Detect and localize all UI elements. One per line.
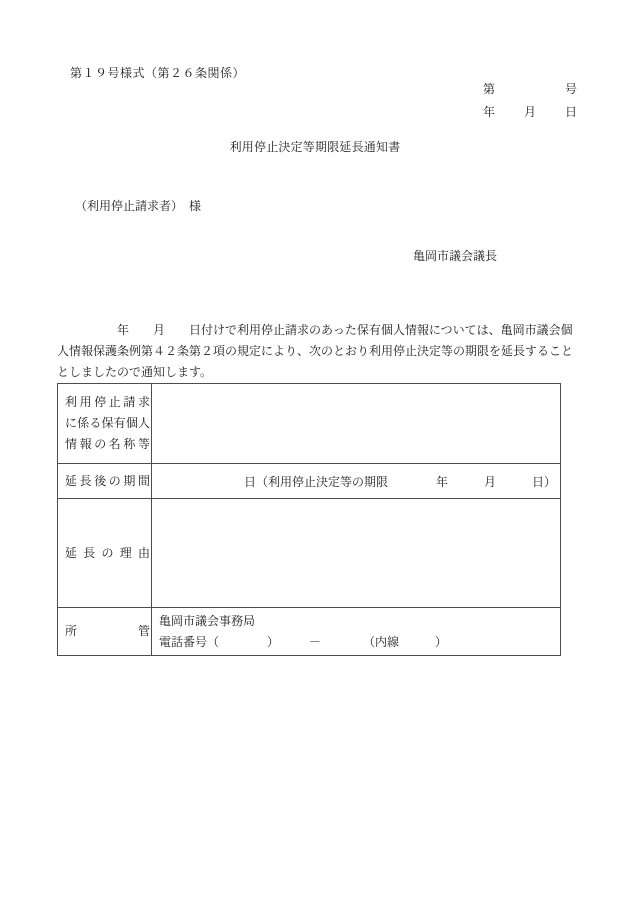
jurisdiction-office-line: 亀岡市議会事務局	[159, 611, 560, 632]
number-suffix: 号	[565, 78, 577, 101]
document-title: 利用停止決定等期限延長通知書	[0, 138, 630, 155]
header-jurisdiction: 所 管	[58, 608, 152, 656]
addressee-line: （利用停止請求者） 様	[75, 197, 201, 214]
cell-requested-info-name	[152, 384, 561, 464]
header-line: 所 管	[65, 621, 150, 642]
jurisdiction-phone-line: 電話番号（ ） － （内線 ）	[159, 632, 560, 653]
body-line-2: 人情報保護条例第４２条第２項の規定により、次のとおり利用停止決定等の期限を延長す…	[57, 341, 587, 362]
document-number-line: 第 号	[483, 78, 577, 101]
number-prefix: 第	[483, 78, 495, 101]
document-date-line: 年 月 日	[483, 101, 577, 124]
date-month-label: 月	[524, 101, 536, 124]
header-line: 延長の理由	[65, 543, 150, 564]
table-row-extended-period: 延長後の期間 日（利用停止決定等の期限 年 月 日）	[58, 464, 561, 499]
header-line: に係る保有個人	[65, 413, 150, 434]
header-requested-info-name: 利用停止請求 に係る保有個人 情報の名称等	[58, 384, 152, 464]
notification-document-page: 第１９号様式（第２６条関係） 第 号 年 月 日 利用停止決定等期限延長通知書 …	[0, 0, 630, 903]
form-number: 第１９号様式（第２６条関係）	[70, 64, 245, 81]
body-paragraph: 年 月 日付けで利用停止請求のあった保有個人情報については、亀岡市議会個 人情報…	[57, 320, 587, 383]
sender-name: 亀岡市議会議長	[413, 247, 497, 264]
body-line-3: としましたので通知します。	[57, 362, 587, 383]
header-line: 情報の名称等	[65, 434, 150, 455]
table-row-jurisdiction: 所 管 亀岡市議会事務局 電話番号（ ） － （内線 ）	[58, 608, 561, 656]
date-year-label: 年	[483, 101, 495, 124]
header-line: 延長後の期間	[65, 471, 150, 492]
cell-extended-period: 日（利用停止決定等の期限 年 月 日）	[152, 464, 561, 499]
body-line-1: 年 月 日付けで利用停止請求のあった保有個人情報については、亀岡市議会個	[57, 320, 587, 341]
table-row-info-name: 利用停止請求 に係る保有個人 情報の名称等	[58, 384, 561, 464]
header-line: 利用停止請求	[65, 392, 150, 413]
cell-extension-reason	[152, 499, 561, 608]
header-extended-period: 延長後の期間	[58, 464, 152, 499]
cell-jurisdiction: 亀岡市議会事務局 電話番号（ ） － （内線 ）	[152, 608, 561, 656]
header-extension-reason: 延長の理由	[58, 499, 152, 608]
table-row-extension-reason: 延長の理由	[58, 499, 561, 608]
document-number-date-block: 第 号 年 月 日	[483, 78, 577, 124]
notification-table: 利用停止請求 に係る保有個人 情報の名称等 延長後の期間 日（利用停止決定等の期…	[57, 383, 561, 656]
date-day-label: 日	[565, 101, 577, 124]
